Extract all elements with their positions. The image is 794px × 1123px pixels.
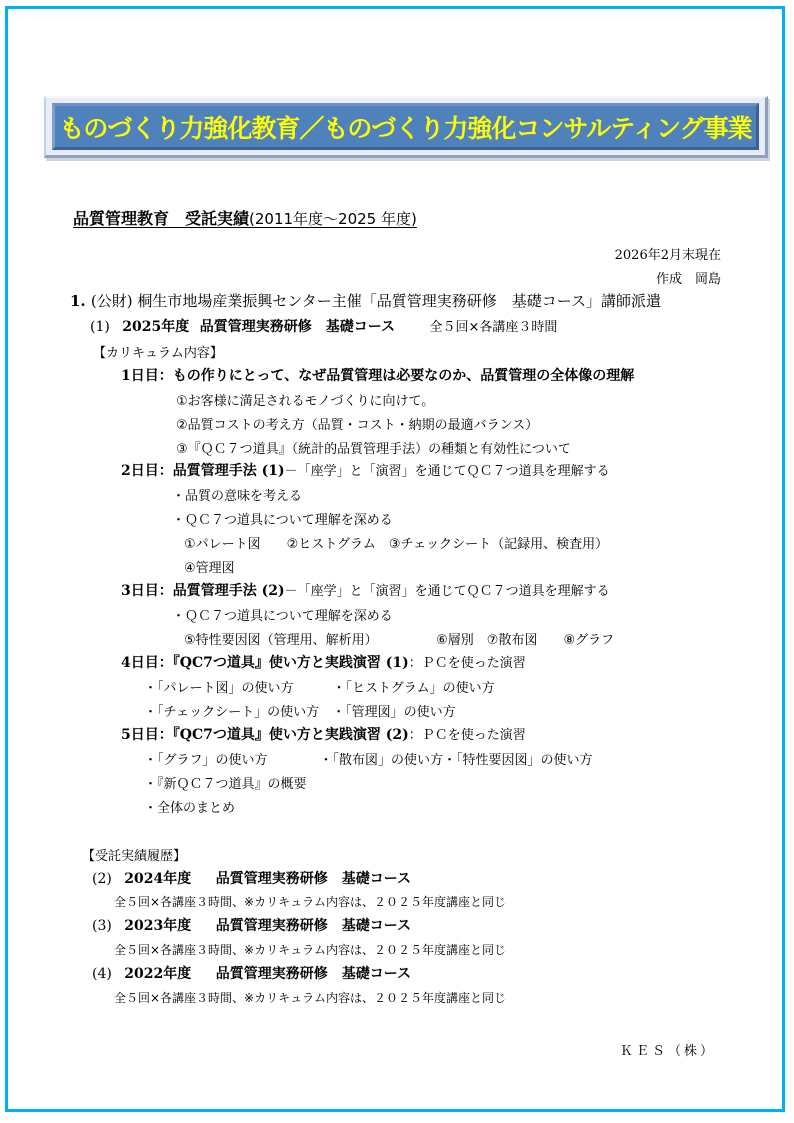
day-title: 品質管理手法 (1) [173,463,285,479]
history-note: 全５回×各講座３時間、※カリキュラム内容は、２０２５年度講座と同じ [114,989,506,1006]
day-2-item: ・ＱＣ７つ道具について理解を深める [172,509,393,528]
day-title: もの作りにとって、なぜ品質管理は必要なのか、品質管理の全体像の理解 [173,368,634,384]
document-title-range: (2011年度～2025 年度) [249,210,417,228]
document-title-main: 品質管理教育 受託実績 [73,209,249,228]
day-1-item: ②品質コストの考え方（品質・コスト・納期の最適バランス） [176,414,538,433]
day-2-item: ④管理図 [184,557,235,576]
history-year: 2024年度 [124,871,191,887]
history-entry-heading: (4) 2022年度 品質管理実務研修 基礎コース [92,963,411,983]
section-1-title: 「品質管理実務研修 基礎コース」講師派遣 [362,292,661,310]
section-1-prefix: 1. [70,292,91,310]
day-4-item: ・「チェックシート」の使い方 ・「管理図」の使い方 [144,701,456,720]
history-note: 全５回×各講座３時間、※カリキュラム内容は、２０２５年度講座と同じ [114,941,506,958]
day-subtitle: －「座学」と「演習」を通じてＱＣ７つ道具を理解する [285,584,610,599]
section-1-heading: 1. (公財) 桐生市地場産業振興センター主催「品質管理実務研修 基礎コース」講… [70,290,661,311]
history-number: (4) [92,966,112,982]
day-label: 4日目： [121,655,173,671]
day-label: 5日目： [121,727,173,743]
day-subtitle: ：ＰＣを使った演習 [409,656,526,671]
day-subtitle: ：ＰＣを使った演習 [409,728,526,743]
document-title: 品質管理教育 受託実績(2011年度～2025 年度) [73,206,417,229]
day-5-item: ・『新ＱＣ７つ道具』の概要 [144,773,307,792]
history-year: 2023年度 [124,918,191,934]
day-1-item: ③『ＱＣ７つ道具』（統計的品質管理手法）の種類と有効性について [176,438,571,457]
course-number: (1) [90,319,110,335]
history-number: (3) [92,918,112,934]
banner-title: ものづくり力強化教育／ものづくり力強化コンサルティング事業 [59,109,751,145]
history-number: (2) [92,871,112,887]
curriculum-header: 【カリキュラム内容】 [93,342,223,361]
day-2-item: ①パレート図 ②ヒストグラム ③チェックシート（記録用、検査用） [184,533,608,552]
history-name: 品質管理実務研修 基礎コース [216,871,411,887]
day-3-heading: 3日目：品質管理手法 (2)－「座学」と「演習」を通じてＱＣ７つ道具を理解する [121,580,610,600]
banner: ものづくり力強化教育／ものづくり力強化コンサルティング事業 [44,96,768,158]
day-5-item: ・「グラフ」の使い方 ・「散布図」の使い方・「特性要因図」の使い方 [144,749,593,768]
day-title: 品質管理手法 (2) [173,583,285,599]
course-year: 2025年度 [122,319,189,335]
banner-panel: ものづくり力強化教育／ものづくり力強化コンサルティング事業 [52,103,759,150]
course-2025-heading: (1) 2025年度 品質管理実務研修 基礎コース 全５回×各講座３時間 [90,316,557,336]
day-5-item: ・全体のまとめ [144,797,235,816]
day-4-item: ・「パレート図」の使い方 ・「ヒストグラム」の使い方 [144,677,495,696]
day-3-item: ・ＱＣ７つ道具について理解を深める [172,605,393,624]
history-year: 2022年度 [124,966,191,982]
day-1-item: ①お客様に満足されるモノづくりに向けて。 [176,390,434,409]
history-entry-heading: (2) 2024年度 品質管理実務研修 基礎コース [92,868,411,888]
day-2-heading: 2日目：品質管理手法 (1)－「座学」と「演習」を通じてＱＣ７つ道具を理解する [121,460,610,480]
history-name: 品質管理実務研修 基礎コース [216,966,411,982]
day-1-heading: 1日目：もの作りにとって、なぜ品質管理は必要なのか、品質管理の全体像の理解 [121,365,634,385]
author: 作成 岡島 [656,268,721,287]
course-schedule: 全５回×各講座３時間 [429,320,557,335]
day-subtitle: －「座学」と「演習」を通じてＱＣ７つ道具を理解する [285,464,610,479]
course-name: 品質管理実務研修 基礎コース [200,319,395,335]
day-title: 『QC7つ道具』使い方と実践演習 (2) [173,727,409,743]
history-entry-heading: (3) 2023年度 品質管理実務研修 基礎コース [92,915,411,935]
day-label: 1日目： [121,368,173,384]
day-5-heading: 5日目：『QC7つ道具』使い方と実践演習 (2)：ＰＣを使った演習 [121,724,526,744]
as-of-date: 2026年2月末現在 [615,244,721,263]
day-label: 3日目： [121,583,173,599]
footer-company: ＫＥＳ（株） [620,1040,716,1059]
history-header: 【受託実績履歴】 [82,845,186,864]
day-3-item: ⑤特性要因図（管理用、解析用） ⑥層別 ⑦散布図 ⑧グラフ [184,629,614,648]
day-2-item: ・品質の意味を考える [172,485,302,504]
day-title: 『QC7つ道具』使い方と実践演習 (1) [173,655,409,671]
day-label: 2日目： [121,463,173,479]
day-4-heading: 4日目：『QC7つ道具』使い方と実践演習 (1)：ＰＣを使った演習 [121,652,526,672]
section-1-org: (公財) 桐生市地場産業振興センター主催 [91,292,362,310]
history-note: 全５回×各講座３時間、※カリキュラム内容は、２０２５年度講座と同じ [114,893,506,910]
history-name: 品質管理実務研修 基礎コース [216,918,411,934]
